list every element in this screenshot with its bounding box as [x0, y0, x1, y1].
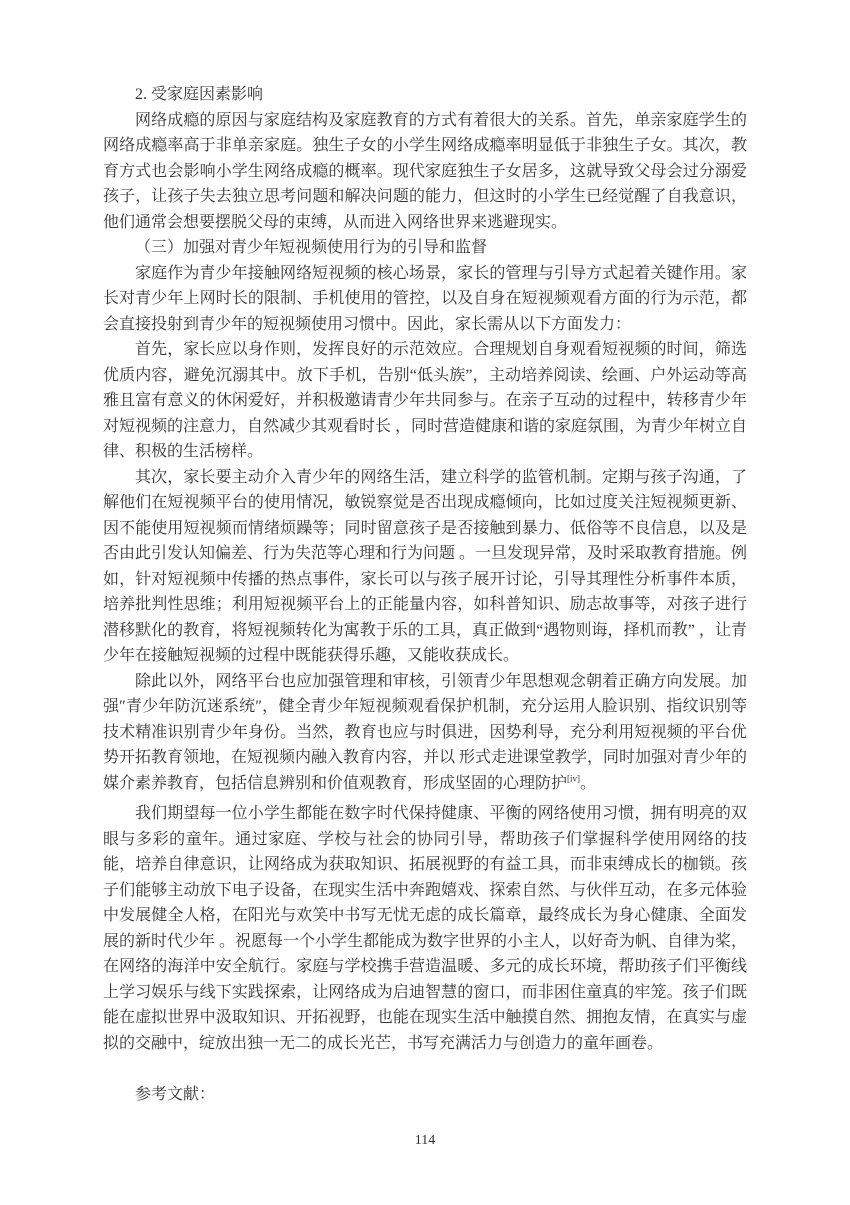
section-heading: （三）加强对青少年短视频使用行为的引导和监督: [103, 235, 747, 261]
page-number: 114: [0, 1133, 850, 1149]
footnote-ref-iv: [iv]: [567, 773, 580, 783]
paragraph-platform-measures: 除此以外，网络平台也应加强管理和审核，引领青少年思想观念朝着正确方向发展。加强″…: [103, 669, 747, 797]
paragraph-family-role: 家庭作为青少年接触网络短视频的核心场景，家长的管理与引导方式起着关键作用。家长对…: [103, 261, 747, 338]
numbered-subheading: 2. 受家庭因素影响: [103, 82, 747, 108]
paragraph-parent-supervision: 其次，家长要主动介入青少年的网络生活，建立科学的监管机制。定期与孩子沟通，了解他…: [103, 465, 747, 669]
document-body: 2. 受家庭因素影响 网络成瘾的原因与家庭结构及家庭教育的方式有着很大的关系。首…: [103, 82, 747, 1108]
references-heading: 参考文献：: [103, 1082, 747, 1108]
paragraph-family-factors: 网络成瘾的原因与家庭结构及家庭教育的方式有着很大的关系。首先，单亲家庭学生的网络…: [103, 108, 747, 236]
paragraph-platform-tail: 。: [580, 775, 596, 792]
document-page: 2. 受家庭因素影响 网络成瘾的原因与家庭结构及家庭教育的方式有着很大的关系。首…: [0, 0, 850, 1205]
paragraph-conclusion: 我们期望每一位小学生都能在数字时代保持健康、平衡的网络使用习惯，拥有明亮的双眼与…: [103, 801, 747, 1056]
paragraph-parent-example: 首先，家长应以身作则，发挥良好的示范效应。合理规划自身观看短视频的时间，筛选优质…: [103, 337, 747, 465]
paragraph-platform-text: 除此以外，网络平台也应加强管理和审核，引领青少年思想观念朝着正确方向发展。加强″…: [103, 673, 747, 792]
